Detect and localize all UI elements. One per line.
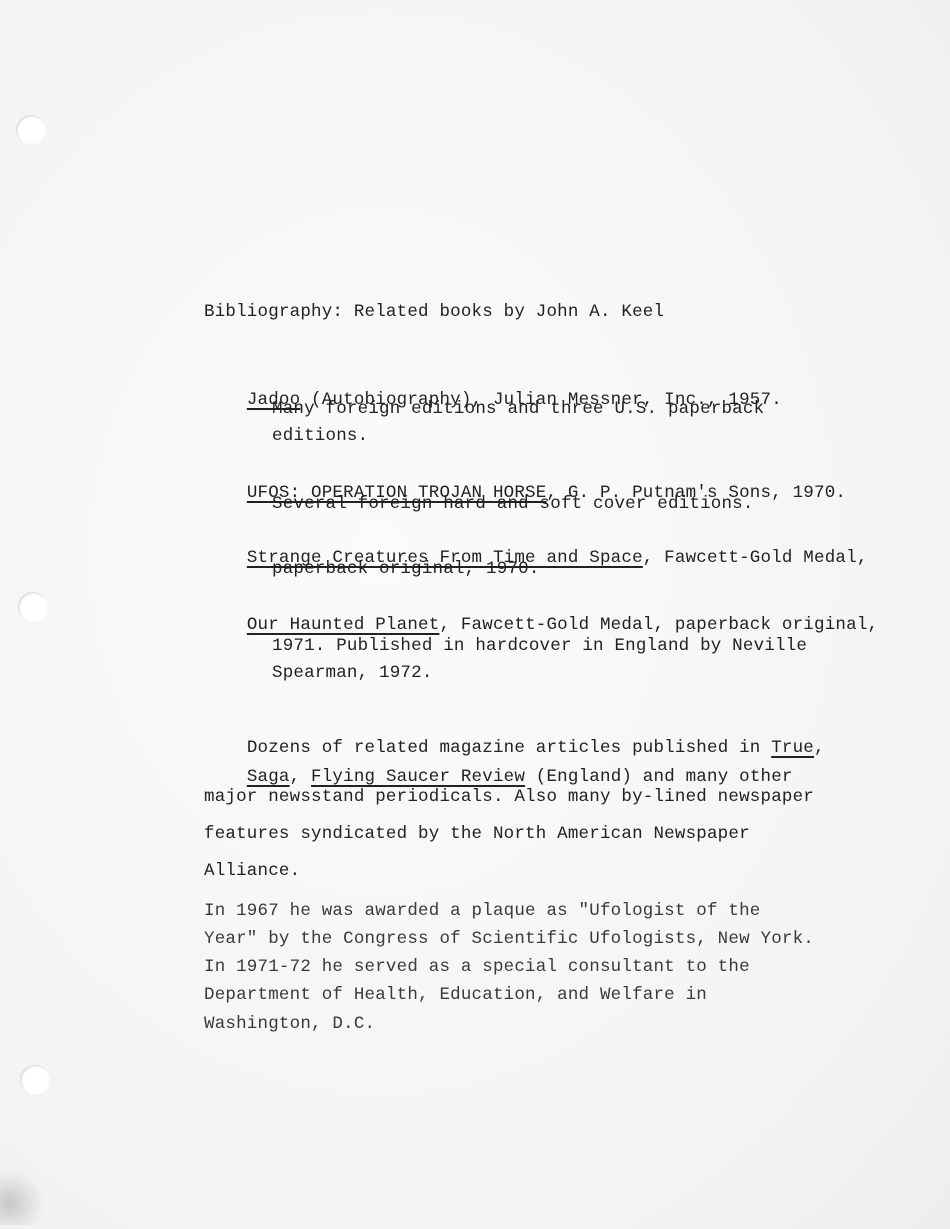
- magazine-title: Flying Saucer Review: [311, 767, 525, 787]
- award-line-5: Washington, D.C.: [204, 1016, 375, 1034]
- award-line-3: In 1971-72 he served as a special consul…: [204, 959, 750, 977]
- text: ,: [290, 767, 311, 787]
- punch-hole-middle: [18, 592, 48, 622]
- award-line-1: In 1967 he was awarded a plaque as "Ufol…: [204, 903, 761, 921]
- book-note: paperback original, 1970.: [272, 561, 540, 579]
- text: ,: [814, 738, 825, 758]
- book-details: , Fawcett-Gold Medal, paperback original…: [439, 615, 878, 635]
- magazine-title: Saga: [247, 767, 290, 787]
- award-line-4: Department of Health, Education, and Wel…: [204, 987, 707, 1005]
- punch-hole-bottom: [20, 1065, 50, 1095]
- book-note: Many foreign editions and three U.S. pap…: [272, 401, 764, 419]
- award-line-2: Year" by the Congress of Scientific Ufol…: [204, 931, 814, 949]
- articles-line-3: major newsstand periodicals. Also many b…: [204, 789, 814, 807]
- book-title: Our Haunted Planet: [247, 615, 440, 635]
- scan-smudge: [0, 1170, 45, 1225]
- book-note: Several foreign hard and soft cover edit…: [272, 496, 754, 514]
- book-note: Spearman, 1972.: [272, 665, 433, 683]
- book-note: editions.: [272, 428, 368, 446]
- punch-hole-top: [16, 115, 46, 145]
- book-details: , Fawcett-Gold Medal,: [643, 548, 868, 568]
- bibliography-heading: Bibliography: Related books by John A. K…: [204, 304, 664, 322]
- document-page: Bibliography: Related books by John A. K…: [0, 0, 950, 1229]
- articles-line-5: Alliance.: [204, 863, 300, 881]
- book-note: 1971. Published in hardcover in England …: [272, 638, 807, 656]
- text: (England) and many other: [525, 767, 793, 787]
- articles-line-4: features syndicated by the North America…: [204, 826, 750, 844]
